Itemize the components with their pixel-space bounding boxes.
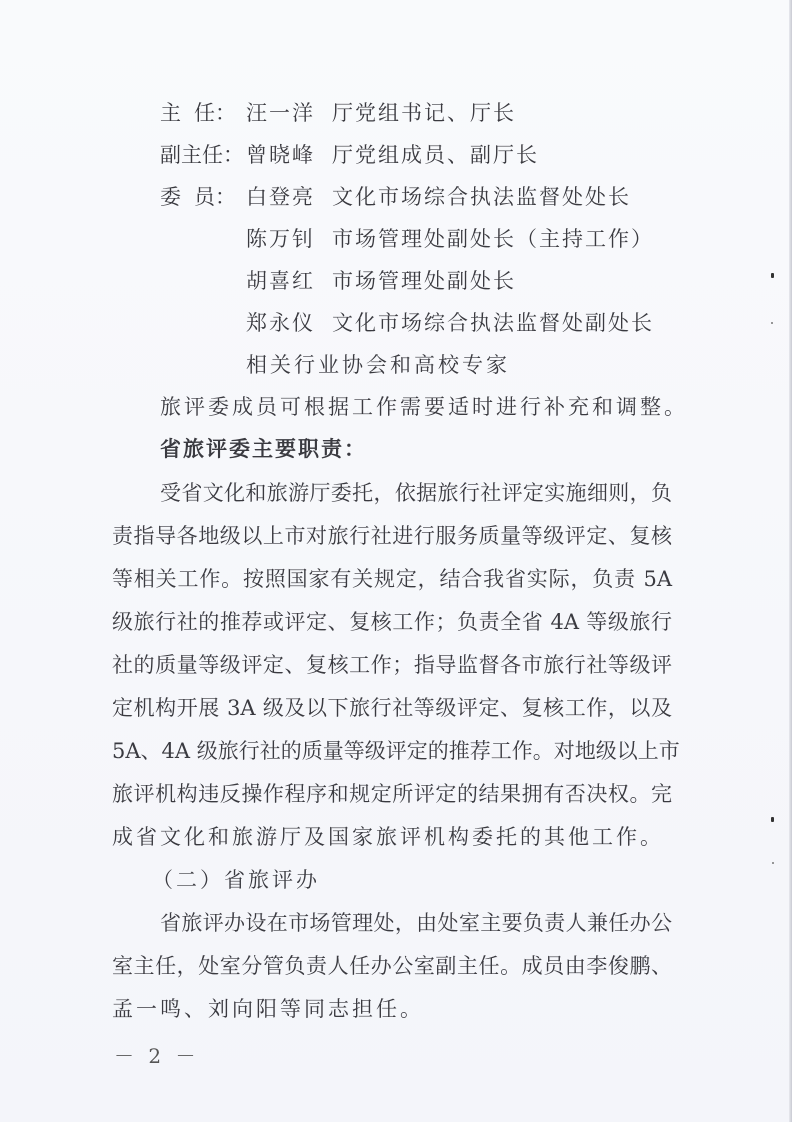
member-row-member: 委员： 白登亮 文化市场综合执法监督处处长 <box>160 184 631 210</box>
office-line: 省旅评办设在市场管理处，由处室主要负责人兼任办公 <box>160 910 672 936</box>
member-title: 文化市场综合执法监督处副处长 <box>332 310 654 336</box>
duties-line: 受省文化和旅游厅委托，依据旅行社评定实施细则，负 <box>160 480 672 506</box>
member-role <box>160 310 246 336</box>
duties-line: 5A、4A 级旅行社的质量等级评定的推荐工作。对地级以上市 <box>112 738 672 764</box>
member-row-member: 郑永仪 文化市场综合执法监督处副处长 <box>160 310 654 336</box>
member-name: 白登亮 <box>246 184 332 210</box>
duties-line: 等相关工作。按照国家有关规定，结合我省实际，负责 5A <box>112 566 672 592</box>
office-line: 室主任，处室分管负责人任办公室副主任。成员由李俊鹏、 <box>112 953 672 979</box>
scan-speck <box>771 322 773 324</box>
office-line: 孟一鸣、刘向阳等同志担任。 <box>112 996 672 1022</box>
member-role <box>160 268 246 294</box>
duties-line: 旅评机构违反操作程序和规定所评定的结果拥有否决权。完 <box>112 781 672 807</box>
duties-line: 级旅行社的推荐或评定、复核工作；负责全省 4A 等级旅行 <box>112 609 672 635</box>
member-title: 厅党组书记、厅长 <box>332 100 516 126</box>
office-heading: （二）省旅评办 <box>152 867 320 893</box>
scan-speck <box>771 273 774 278</box>
member-row-member: 胡喜红 市场管理处副处长 <box>160 268 516 294</box>
member-role: 副主任： <box>160 142 246 168</box>
duties-line: 社的质量等级评定、复核工作；指导监督各市旅行社等级评 <box>112 652 672 678</box>
member-row-deputy-director: 副主任： 曾晓峰 厅党组成员、副厅长 <box>160 142 539 168</box>
member-title: 厅党组成员、副厅长 <box>332 142 539 168</box>
member-role: 委员： <box>160 184 236 210</box>
member-name: 胡喜红 <box>246 268 332 294</box>
member-row-member: 陈万钊 市场管理处副处长（主持工作） <box>160 226 654 252</box>
member-name: 陈万钊 <box>246 226 332 252</box>
scan-speck <box>772 862 774 864</box>
member-row-director: 主任： 汪一洋 厅党组书记、厅长 <box>160 100 516 126</box>
duties-line: 定机构开展 3A 级及以下旅行社等级评定、复核工作，以及 <box>112 695 672 721</box>
duties-line: 成省文化和旅游厅及国家旅评机构委托的其他工作。 <box>112 824 672 850</box>
member-name: 汪一洋 <box>246 100 332 126</box>
member-title: 市场管理处副处长（主持工作） <box>332 226 654 252</box>
document-page: 主任： 汪一洋 厅党组书记、厅长 副主任： 曾晓峰 厅党组成员、副厅长 委员： … <box>0 0 792 1122</box>
page-number: － 2 － <box>114 1040 199 1069</box>
member-role: 主任： <box>160 100 236 126</box>
member-name: 郑永仪 <box>246 310 332 336</box>
scan-speck <box>771 817 774 822</box>
member-role <box>160 226 246 252</box>
member-name: 曾晓峰 <box>246 142 332 168</box>
duties-heading: 省旅评委主要职责： <box>160 436 367 462</box>
member-title: 文化市场综合执法监督处处长 <box>332 184 631 210</box>
adjust-note: 旅评委成员可根据工作需要适时进行补充和调整。 <box>160 394 688 420</box>
member-title: 市场管理处副处长 <box>332 268 516 294</box>
duties-line: 责指导各地级以上市对旅行社进行服务质量等级评定、复核 <box>112 523 672 549</box>
experts-line: 相关行业协会和高校专家 <box>246 352 510 378</box>
